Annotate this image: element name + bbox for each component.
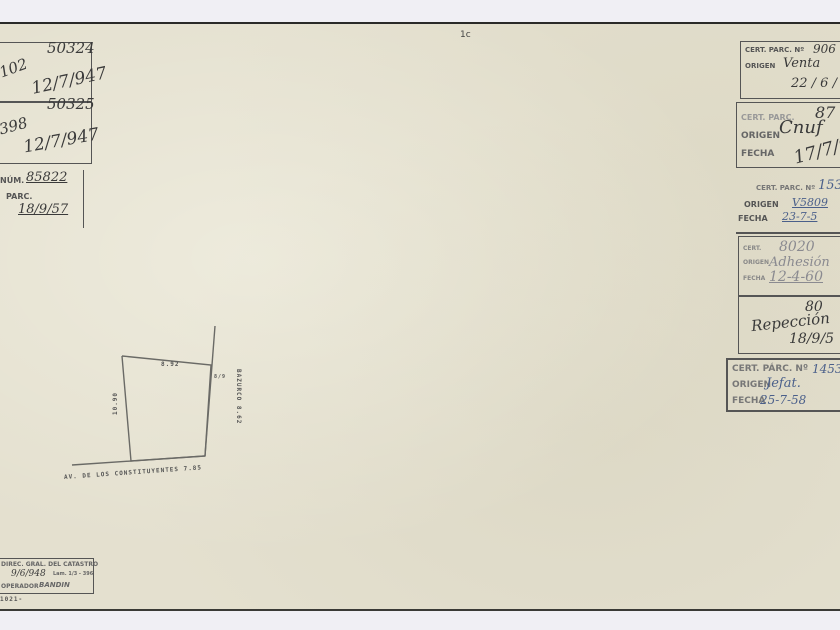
plan-left-dimension: 10.90 bbox=[112, 392, 119, 415]
cadastre-stamp-operator: BANDIN bbox=[39, 581, 70, 589]
plot-plan-drawing bbox=[0, 24, 840, 613]
cadastre-stamp-title: DIREC. GRAL. DEL CATASTRO bbox=[1, 561, 98, 568]
scanned-cadastral-document: 1c 50324 102 12/7/947 50325 398 12/7/947… bbox=[0, 22, 840, 611]
plan-top-dimension: 8.92 bbox=[161, 361, 179, 368]
cadastre-stamp: DIREC. GRAL. DEL CATASTRO 9/6/948 Lam. 1… bbox=[0, 558, 94, 594]
cadastre-stamp-operator-label: OPERADOR bbox=[1, 583, 39, 590]
plan-right-street: BAZURCO 8.62 bbox=[235, 369, 242, 424]
plan-corner-mark: 8/9 bbox=[214, 374, 226, 380]
cadastre-ref: 1021- bbox=[0, 596, 23, 603]
cadastre-stamp-date: 9/6/948 bbox=[11, 569, 46, 579]
cadastre-stamp-sheet: Lam. 1/3 - 396 bbox=[53, 571, 93, 577]
